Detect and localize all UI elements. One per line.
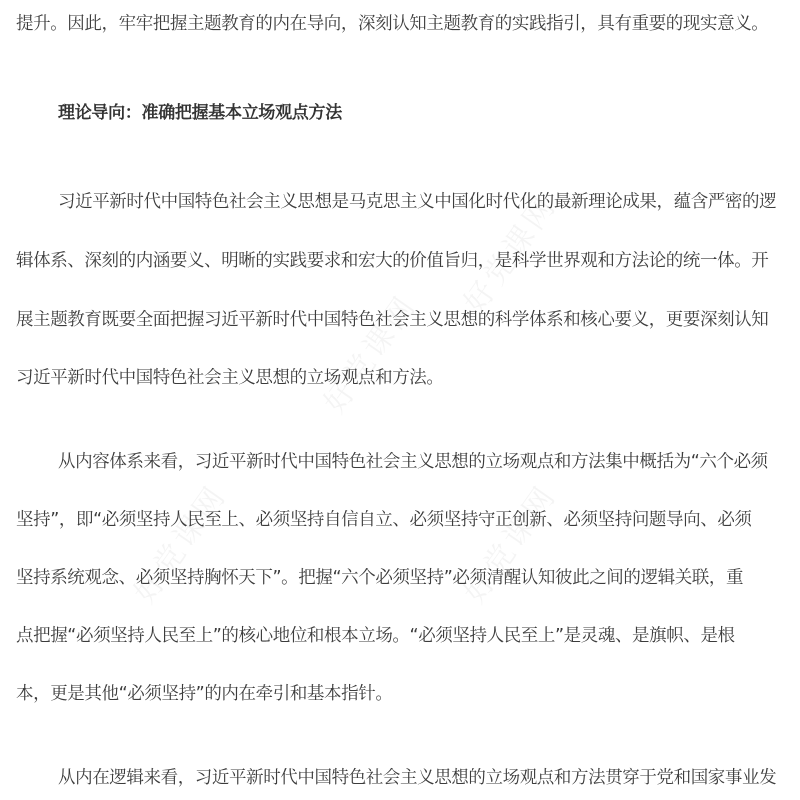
watermark: 好党课网: [311, 284, 425, 421]
paragraph-line: 辑体系、深刻的内涵要义、明晰的实践要求和宏大的价值旨归，是科学世界观和方法论的统…: [16, 249, 784, 273]
paragraph-line: 从内容体系来看，习近平新时代中国特色社会主义思想的立场观点和方法集中概括为“六个…: [16, 450, 800, 474]
paragraph-line: 点把握“必须坚持人民至上”的核心地位和根本立场。“必须坚持人民至上”是灵魂、是旗…: [16, 624, 784, 648]
paragraph-line: 本，更是其他“必须坚持”的内在牵引和基本指针。: [16, 682, 784, 706]
paragraph-line: 展主题教育既要全面把握习近平新时代中国特色社会主义思想的科学体系和核心要义，更要…: [16, 308, 784, 332]
paragraph-line: 坚持系统观念、必须坚持胸怀天下”。把握“六个必须坚持”必须清醒认知彼此之间的逻辑…: [16, 566, 784, 590]
intro-tail-text: 提升。因此，牢牢把握主题教育的内在导向，深刻认知主题教育的实践指引，具有重要的现…: [16, 12, 784, 36]
paragraph-line: 从内在逻辑来看，习近平新时代中国特色社会主义思想的立场观点和方法贯穿于党和国家事…: [16, 766, 800, 790]
paragraph-line: 坚持”，即“必须坚持人民至上、必须坚持自信自立、必须坚持守正创新、必须坚持问题导…: [16, 508, 784, 532]
paragraph-line: 习近平新时代中国特色社会主义思想是马克思主义中国化时代化的最新理论成果，蕴含严密…: [16, 190, 800, 214]
paragraph-line: 习近平新时代中国特色社会主义思想的立场观点和方法。: [16, 366, 784, 390]
section-heading: 理论导向：准确把握基本立场观点方法: [58, 101, 342, 125]
